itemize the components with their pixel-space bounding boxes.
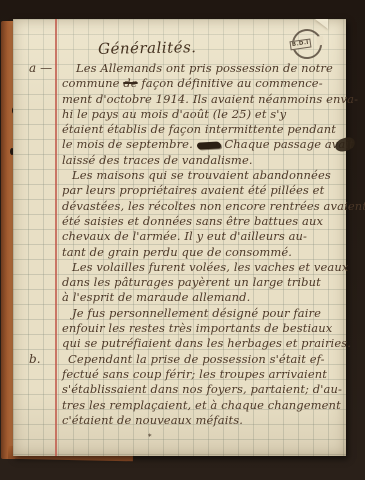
manuscript-page: B.D.I Généralités. a —Les Allemands ont … bbox=[13, 19, 346, 456]
manuscript-line: dans les pâturages payèrent un large tri… bbox=[58, 275, 346, 290]
text-segment: ment d'octobre 1914. Ils avaient néanmoi… bbox=[62, 92, 358, 106]
ink-scribble bbox=[196, 141, 220, 149]
text-segment: Les volailles furent volées, les vaches … bbox=[72, 260, 348, 274]
margin-label-b: b. bbox=[29, 352, 41, 367]
text-segment: laissé des traces de vandalisme. bbox=[62, 153, 253, 167]
manuscript-line: enfouir les restes très importants de be… bbox=[58, 321, 346, 336]
manuscript-line: par leurs propriétaires avaient été pill… bbox=[58, 183, 346, 198]
text-segment: tant de grain perdu que de consommé. bbox=[62, 245, 292, 259]
text-segment: chevaux de l'armée. Il y eut d'ailleurs … bbox=[62, 229, 307, 243]
text-segment: c'étaient de nouveaux méfaits. bbox=[62, 413, 243, 427]
text-segment: par leurs propriétaires avaient été pill… bbox=[62, 183, 324, 197]
manuscript-line: le mois de septembre. Chaque passage ava… bbox=[58, 137, 346, 152]
footnote-mark: * bbox=[148, 433, 152, 441]
manuscript-line: étaient établis de façon intermittente p… bbox=[58, 122, 346, 137]
manuscript-line: dévastées, les récoltes non encore rentr… bbox=[58, 199, 346, 214]
manuscript-line: a —Les Allemands ont pris possession de … bbox=[58, 61, 346, 76]
library-stamp: B.D.I bbox=[290, 27, 324, 61]
text-segment: le mois de septembre. bbox=[62, 137, 197, 151]
text-segment: enfouir les restes très importants de be… bbox=[62, 321, 332, 335]
margin-line bbox=[55, 19, 57, 456]
text-segment: hi le pays au mois d'août (le 25) et s'y bbox=[62, 107, 286, 121]
manuscript-line: laissé des traces de vandalisme. bbox=[58, 153, 346, 168]
text-segment: qui se putréfiaient dans les herbages et… bbox=[62, 336, 351, 350]
text-segment: tres les remplaçaient, et à chaque chang… bbox=[62, 398, 341, 412]
page-title: Généralités. bbox=[98, 38, 197, 58]
text-segment: Les Allemands ont pris possession de not… bbox=[76, 61, 333, 75]
manuscript-text: a —Les Allemands ont pris possession de … bbox=[58, 61, 346, 428]
manuscript-line: qui se putréfiaient dans les herbages et… bbox=[58, 336, 346, 351]
manuscript-line: Les maisons qui se trouvaient abandonnée… bbox=[58, 168, 346, 183]
text-segment: fectué sans coup férir; les troupes arri… bbox=[62, 367, 327, 381]
text-segment: Je fus personnellement désigné pour fair… bbox=[72, 306, 321, 320]
text-segment: été saisies et données sans être battues… bbox=[62, 214, 323, 228]
margin-label-a: a — bbox=[29, 61, 52, 76]
manuscript-line: Je fus personnellement désigné pour fair… bbox=[58, 306, 346, 321]
manuscript-line: commune de façon définitive au commence- bbox=[58, 76, 346, 91]
manuscript-line: Les volailles furent volées, les vaches … bbox=[58, 260, 346, 275]
manuscript-line: ment d'octobre 1914. Ils avaient néanmoi… bbox=[58, 92, 346, 107]
manuscript-line: c'étaient de nouveaux méfaits. bbox=[58, 413, 346, 428]
manuscript-line: chevaux de l'armée. Il y eut d'ailleurs … bbox=[58, 229, 346, 244]
text-segment: s'établissaient dans nos foyers, partaie… bbox=[62, 382, 342, 396]
text-segment: Cependant la prise de possession s'était… bbox=[68, 352, 325, 366]
library-stamp-text: B.D.I bbox=[289, 38, 311, 50]
text-segment: dévastées, les récoltes non encore rentr… bbox=[62, 199, 365, 213]
manuscript-line: été saisies et données sans être battues… bbox=[58, 214, 346, 229]
manuscript-line: b.Cependant la prise de possession s'éta… bbox=[58, 352, 346, 367]
text-segment: façon définitive au commence- bbox=[138, 76, 323, 90]
manuscript-line: hi le pays au mois d'août (le 25) et s'y bbox=[58, 107, 346, 122]
photo-background: B.D.I Généralités. a —Les Allemands ont … bbox=[0, 0, 365, 480]
manuscript-line: à l'esprit de maraude allemand. bbox=[58, 290, 346, 305]
page-fold-corner bbox=[315, 19, 328, 29]
text-segment: commune bbox=[62, 76, 123, 90]
text-segment: à l'esprit de maraude allemand. bbox=[62, 290, 250, 304]
text-segment: dans les pâturages payèrent un large tri… bbox=[62, 275, 321, 289]
struck-word: de bbox=[123, 76, 137, 90]
manuscript-line: tres les remplaçaient, et à chaque chang… bbox=[58, 398, 346, 413]
manuscript-line: s'établissaient dans nos foyers, partaie… bbox=[58, 382, 346, 397]
text-segment: Chaque passage avait bbox=[221, 137, 354, 151]
text-segment: Les maisons qui se trouvaient abandonnée… bbox=[72, 168, 331, 182]
text-segment: étaient établis de façon intermittente p… bbox=[62, 122, 336, 136]
manuscript-line: fectué sans coup férir; les troupes arri… bbox=[58, 367, 346, 382]
manuscript-line: tant de grain perdu que de consommé. bbox=[58, 245, 346, 260]
